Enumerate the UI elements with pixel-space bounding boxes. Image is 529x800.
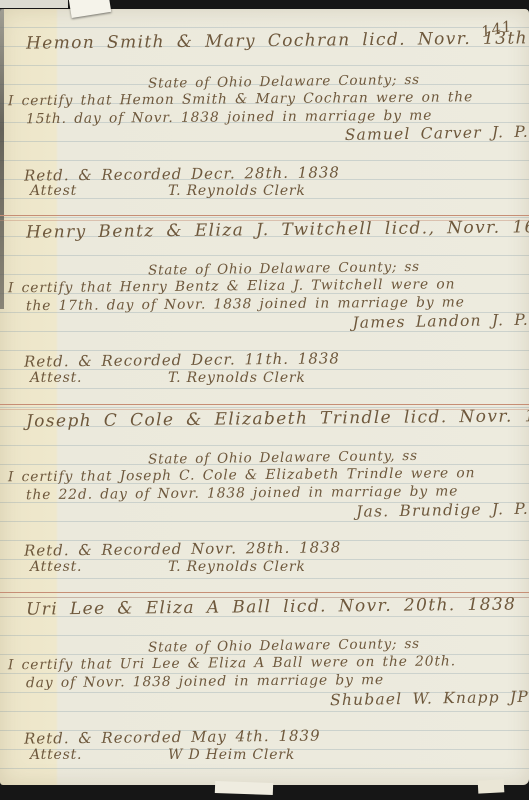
recorded-line: Retd. & Recorded Novr. 28th. 1838 — [0, 536, 529, 560]
marriage-record-entry: Joseph C Cole & Elizabeth Trindle licd. … — [0, 407, 529, 592]
attest-row: Attest T. Reynolds Clerk — [0, 183, 529, 199]
certification-line-1: I certify that Uri Lee & Eliza A Ball we… — [0, 653, 529, 674]
recorded-line: Retd. & Recorded May 4th. 1839 — [0, 724, 529, 748]
entry-heading: Henry Bentz & Eliza J. Twitchell licd., … — [0, 217, 529, 243]
clerk-signature: T. Reynolds Clerk — [168, 370, 306, 386]
marriage-record-entry: Henry Bentz & Eliza J. Twitchell licd., … — [0, 218, 529, 404]
officiant-signature: Shubael W. Knapp JP — [0, 687, 529, 715]
attest-row: Attest. W D Heim Clerk — [0, 747, 529, 763]
clerk-signature: W D Heim Clerk — [168, 747, 295, 763]
officiant-signature: James Landon J. P. — [0, 310, 529, 338]
marriage-record-entry: Uri Lee & Eliza A Ball licd. Novr. 20th.… — [0, 595, 529, 785]
certification-line-1: I certify that Henry Bentz & Eliza J. Tw… — [0, 276, 529, 297]
officiant-signature: Jas. Brundige J. P. — [0, 499, 529, 527]
ledger-photo: 141 Hemon Smith & Mary Cochran licd. Nov… — [0, 0, 529, 800]
clerk-signature: T. Reynolds Clerk — [168, 183, 306, 199]
attest-label: Attest — [30, 183, 168, 199]
entry-heading: Hemon Smith & Mary Cochran licd. Novr. 1… — [0, 28, 529, 54]
attest-row: Attest. T. Reynolds Clerk — [0, 559, 529, 575]
attest-label: Attest. — [30, 747, 168, 763]
attest-label: Attest. — [30, 559, 168, 575]
entry-heading: Uri Lee & Eliza A Ball licd. Novr. 20th.… — [0, 594, 529, 620]
marriage-record-entry: Hemon Smith & Mary Cochran licd. Novr. 1… — [0, 9, 529, 215]
attest-label: Attest. — [30, 370, 168, 386]
recorded-line: Retd. & Recorded Decr. 11th. 1838 — [0, 347, 529, 371]
certification-line-1: I certify that Joseph C. Cole & Elizabet… — [0, 465, 529, 486]
recorded-line: Retd. & Recorded Decr. 28th. 1838 — [0, 161, 529, 185]
certification-line-1: I certify that Hemon Smith & Mary Cochra… — [0, 89, 529, 110]
attest-row: Attest. T. Reynolds Clerk — [0, 370, 529, 386]
clerk-signature: T. Reynolds Clerk — [168, 559, 306, 575]
entry-heading: Joseph C Cole & Elizabeth Trindle licd. … — [0, 406, 529, 432]
paper-edge-fragment — [0, 0, 68, 8]
